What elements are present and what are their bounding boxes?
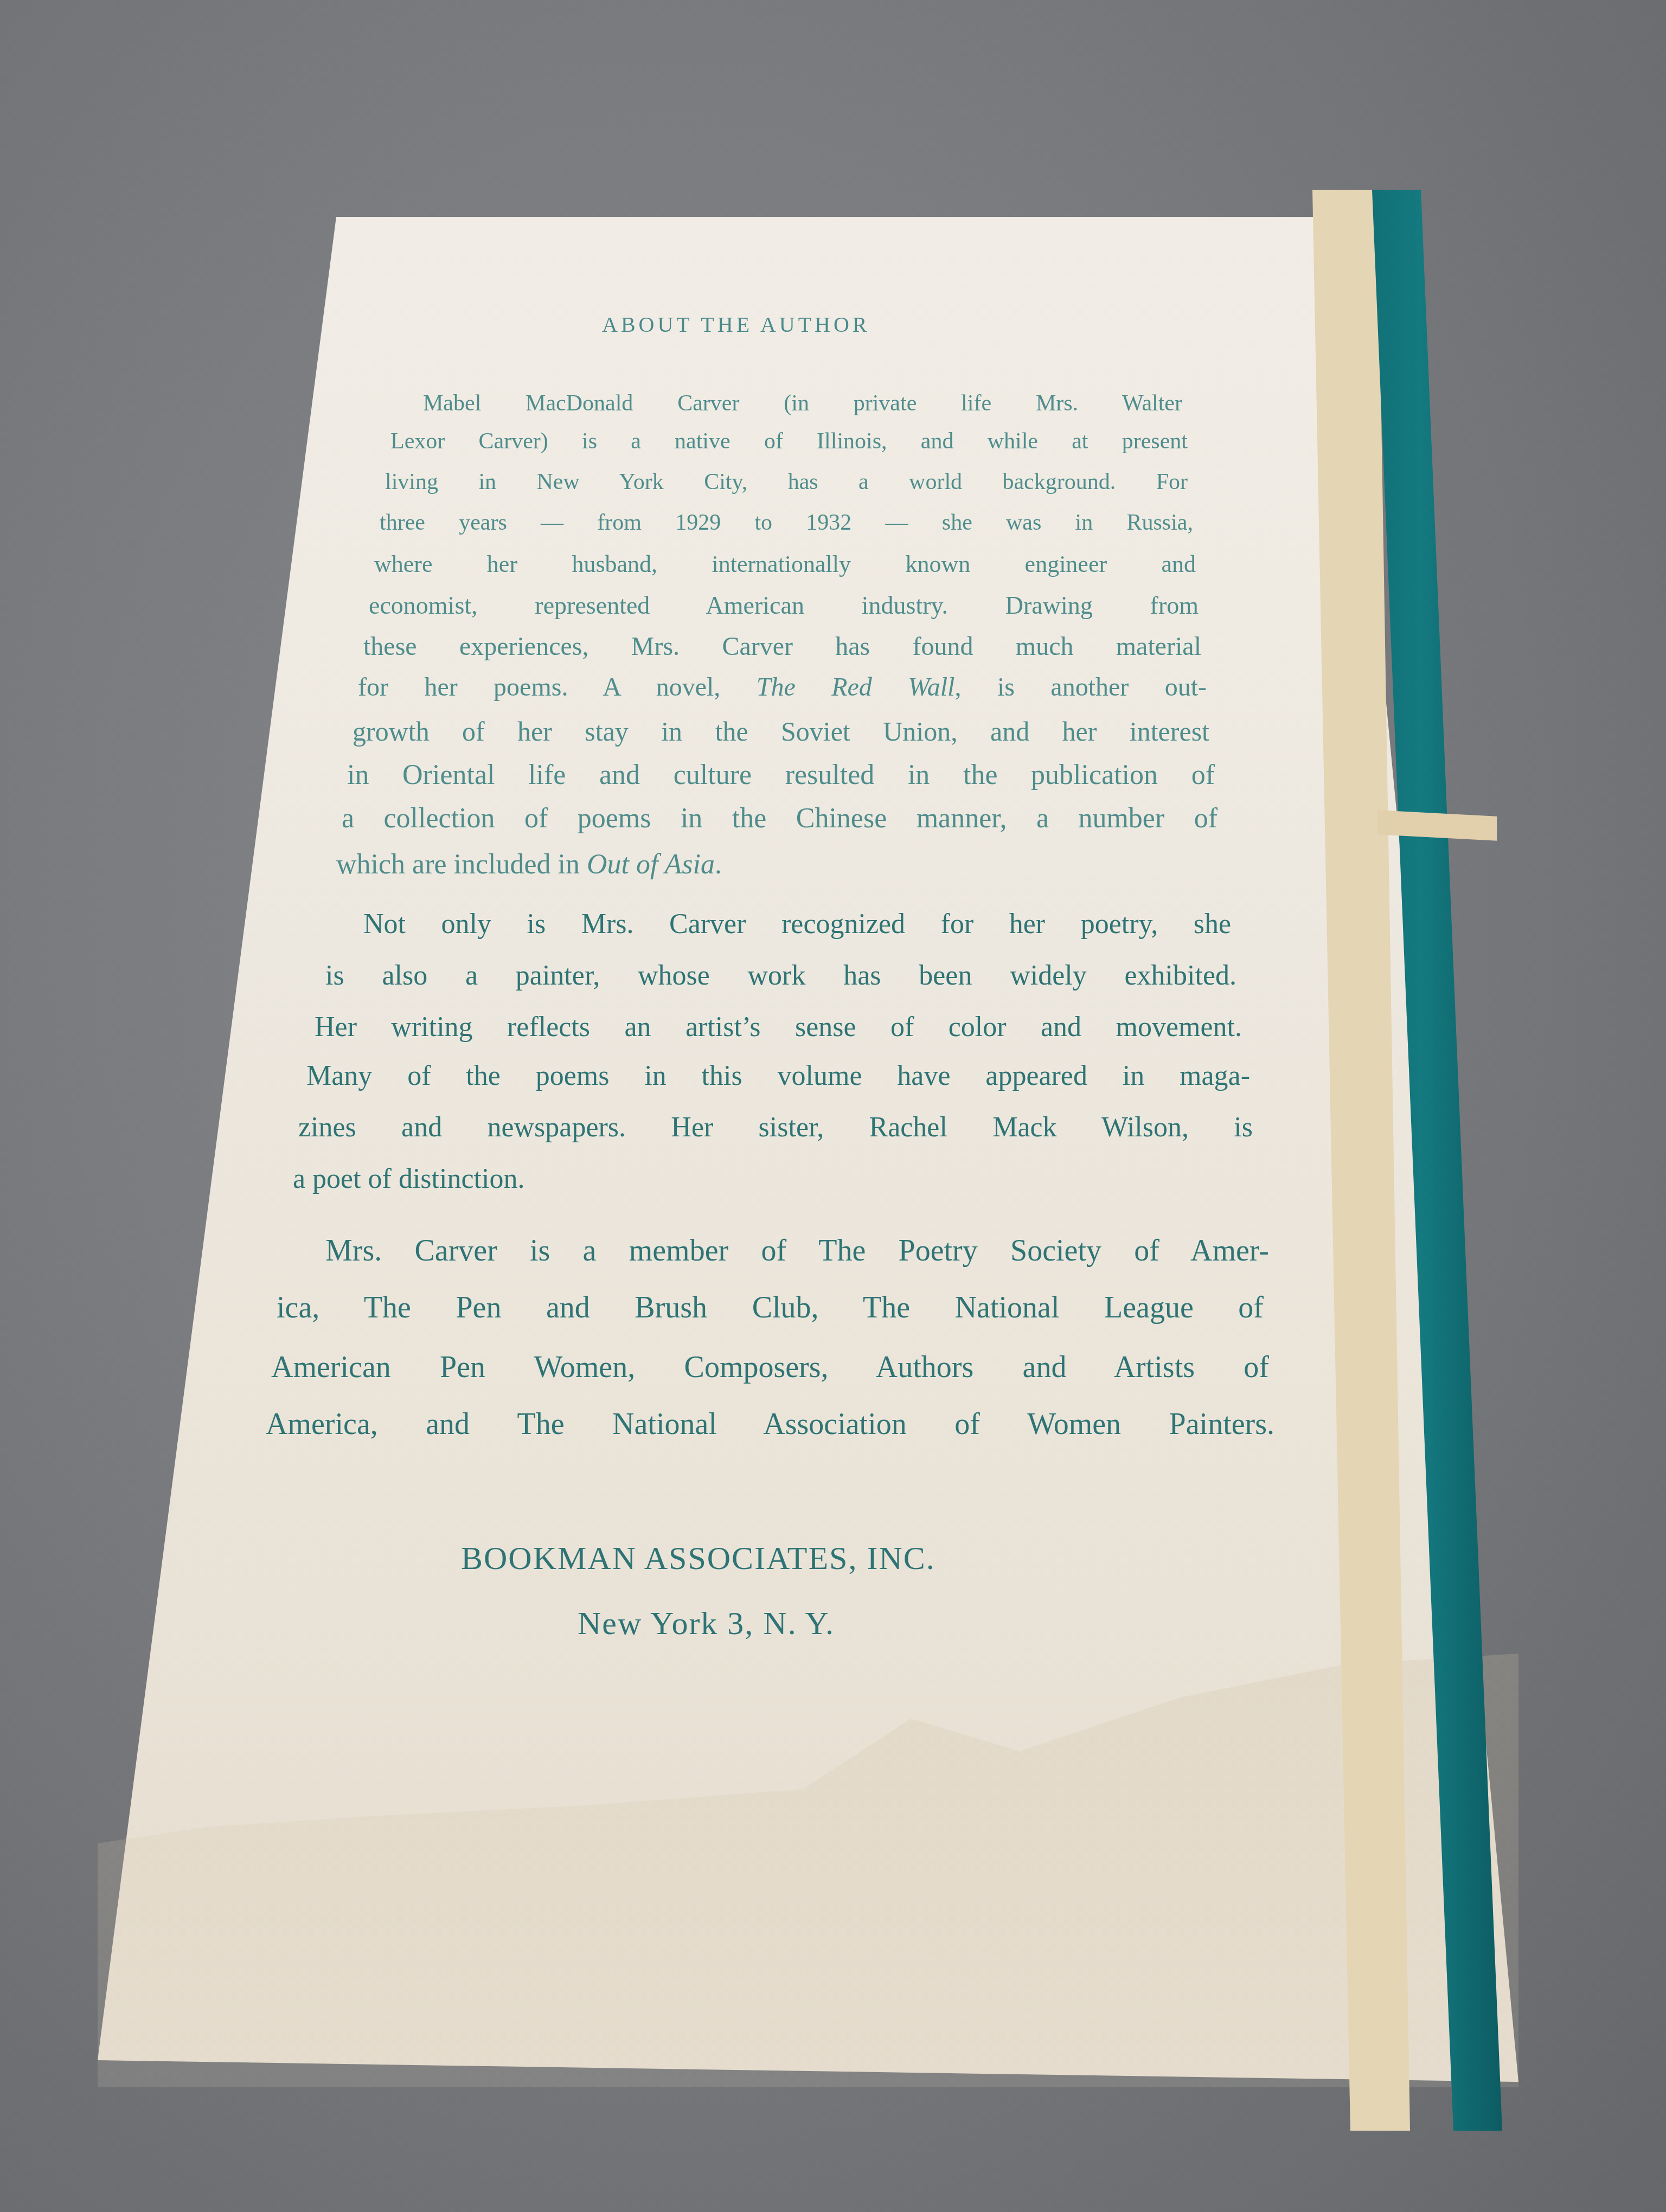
- publisher-name: BOOKMAN ASSOCIATES, INC.: [461, 1540, 935, 1577]
- para3-line: American Pen Women, Composers, Authors a…: [271, 1350, 1269, 1385]
- para1-line: Mabel MacDonald Carver (in private life …: [423, 390, 1182, 416]
- section-heading: ABOUT THE AUTHOR: [602, 312, 1036, 337]
- para2-line: Not only is Mrs. Carver recognized for h…: [363, 908, 1231, 940]
- para1-line: a collection of poems in the Chinese man…: [342, 802, 1218, 834]
- para1-line: three years — from 1929 to 1932 — she wa…: [380, 510, 1193, 536]
- jacket-text: ABOUT THE AUTHOR Mabel MacDonald Carver …: [0, 0, 1666, 2212]
- para1-line: for her poems. A novel, The Red Wall, is…: [358, 672, 1207, 702]
- para2-line: Her writing reflects an artist’s sense o…: [315, 1011, 1242, 1043]
- para1-line: which are included in Out of Asia.: [336, 848, 722, 880]
- para1-line: in Oriental life and culture resulted in…: [347, 759, 1215, 791]
- book-title-italic: The Red Wall: [757, 673, 955, 702]
- text: which are included in: [336, 849, 587, 880]
- text: for her poems. A novel,: [358, 673, 757, 702]
- para2-line: is also a painter, whose work has been w…: [325, 960, 1236, 992]
- para1-line: living in New York City, has a world bac…: [385, 469, 1188, 495]
- para3-line: ica, The Pen and Brush Club, The Nationa…: [277, 1290, 1264, 1325]
- para1-line: these experiences, Mrs. Carver has found…: [363, 632, 1201, 661]
- book-title-italic: Out of Asia: [587, 849, 715, 880]
- text: , is another out-: [954, 673, 1207, 702]
- para3-line: America, and The National Association of…: [266, 1407, 1274, 1442]
- para3-line: Mrs. Carver is a member of The Poetry So…: [325, 1233, 1269, 1268]
- para1-line: growth of her stay in the Soviet Union, …: [353, 716, 1209, 747]
- para1-line: where her husband, internationally known…: [374, 550, 1196, 578]
- book-photo: ABOUT THE AUTHOR Mabel MacDonald Carver …: [0, 0, 1666, 2212]
- para1-line: economist, represented American industry…: [369, 591, 1199, 620]
- para1-line: Lexor Carver) is a native of Illinois, a…: [390, 428, 1188, 454]
- para2-line: a poet of distinction.: [293, 1163, 524, 1195]
- publisher-city: New York 3, N. Y.: [578, 1605, 835, 1642]
- para2-line: zines and newspapers. Her sister, Rachel…: [298, 1111, 1253, 1143]
- para2-line: Many of the poems in this volume have ap…: [306, 1060, 1250, 1092]
- text: .: [715, 849, 722, 880]
